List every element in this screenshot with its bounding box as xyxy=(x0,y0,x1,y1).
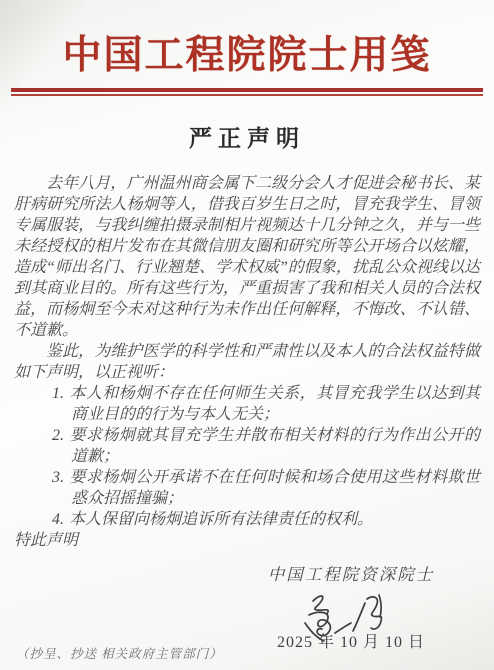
list-item-text: 要求杨炯公开承诺不在任何时候和场合使用这些材料欺世惑众招摇撞骗； xyxy=(69,469,480,507)
list-item-number: 2. xyxy=(52,427,64,444)
list-item-text: 本人保留向杨炯追诉所有法律责任的权利。 xyxy=(69,511,373,528)
statement-body: 去年八月，广州温州商会属下二级分会人才促进会秘书长、某肝病研究所法人杨炯等人，借… xyxy=(14,173,480,551)
list-item-text: 本人和杨炯不存在任何师生关系，其冒充我学生以达到其商业目的的行为与本人无关； xyxy=(69,385,480,423)
statement-title: 严正声明 xyxy=(0,120,494,153)
paragraph-2: 鉴此，为维护医学的科学性和严肃性以及本人的合法权益特做如下声明，以正视听： xyxy=(14,341,480,383)
list-item-1: 1.本人和杨炯不存在任何师生关系，其冒充我学生以达到其商业目的的行为与本人无关； xyxy=(52,383,480,425)
signature-block: 中国工程院资深院士 2025 年 10 月 10 日 xyxy=(236,561,466,652)
closing-phrase: 特此声明 xyxy=(14,530,480,551)
list-item-4: 4.本人保留向杨炯追诉所有法律责任的权利。 xyxy=(52,509,480,530)
cc-note: （抄呈、抄送 相关政府主管部门） xyxy=(16,644,223,662)
document-page: 中国工程院院士用笺 严正声明 去年八月，广州温州商会属下二级分会人才促进会秘书长… xyxy=(0,0,494,670)
signer-title: 中国工程院资深院士 xyxy=(236,561,466,585)
list-item-number: 4. xyxy=(52,511,64,528)
list-item-3: 3.要求杨炯公开承诺不在任何时候和场合使用这些材料欺世惑众招摇撞骗； xyxy=(52,467,480,509)
list-item-2: 2.要求杨炯就其冒充学生并散布相关材料的行为作出公开的道歉； xyxy=(52,425,480,467)
numbered-list: 1.本人和杨炯不存在任何师生关系，其冒充我学生以达到其商业目的的行为与本人无关；… xyxy=(52,383,480,530)
list-item-text: 要求杨炯就其冒充学生并散布相关材料的行为作出公开的道歉； xyxy=(69,427,480,465)
letterhead-title: 中国工程院院士用笺 xyxy=(10,24,484,80)
paragraph-1: 去年八月，广州温州商会属下二级分会人才促进会秘书长、某肝病研究所法人杨炯等人，借… xyxy=(14,173,480,341)
statement-date: 2025 年 10 月 10 日 xyxy=(236,629,466,652)
list-item-number: 1. xyxy=(52,385,64,402)
list-item-number: 3. xyxy=(52,469,64,486)
letterhead-divider xyxy=(11,88,483,96)
